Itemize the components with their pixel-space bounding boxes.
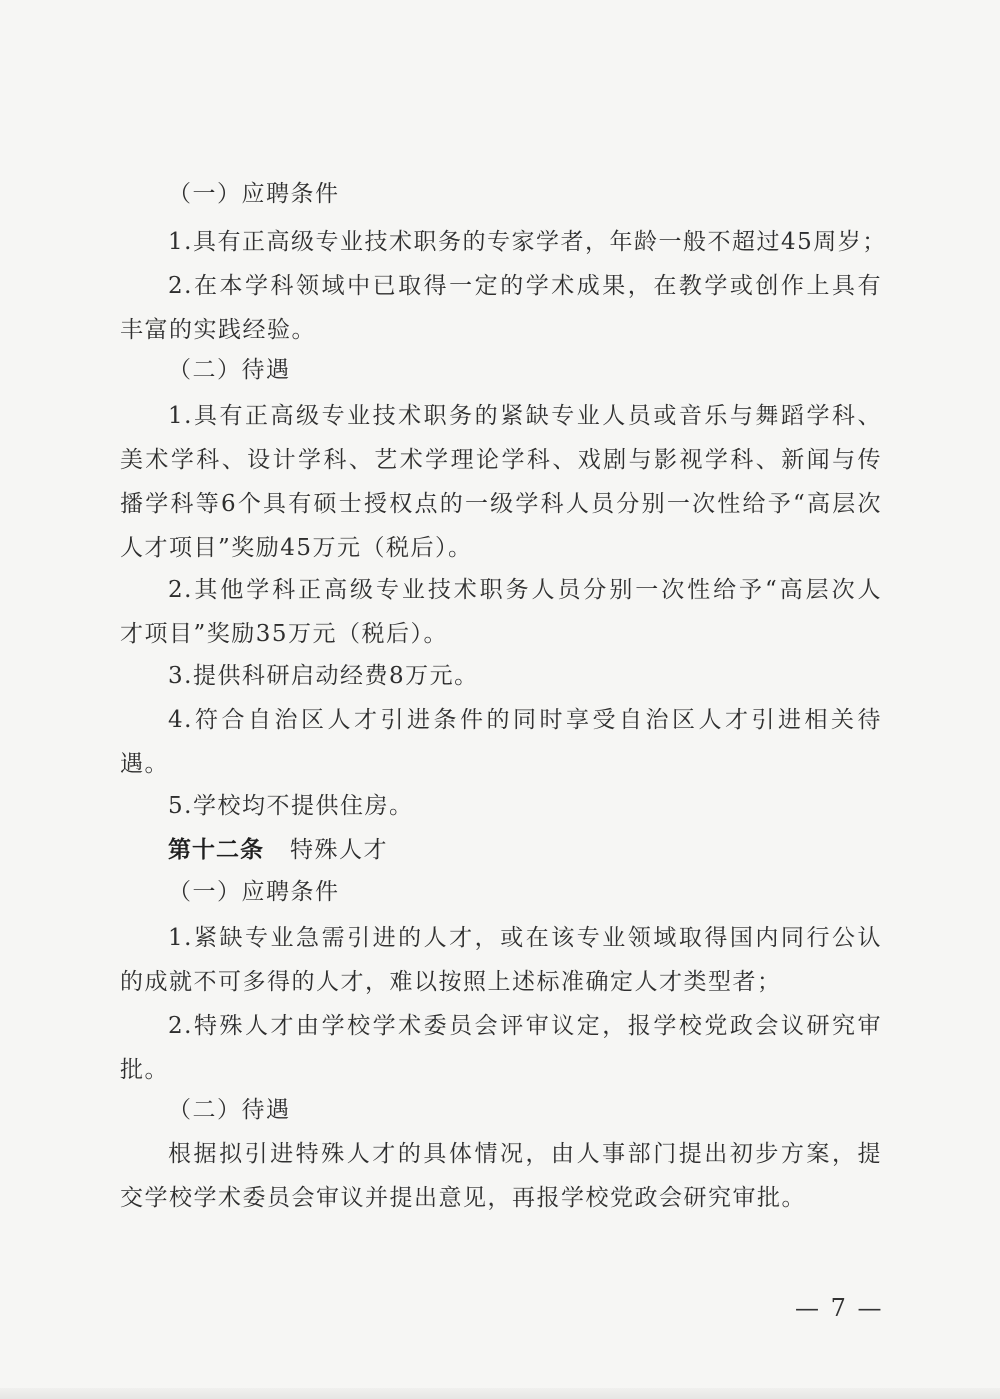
paragraph-benefit-2-line-2: 才项目”奖励35万元（税后）。	[120, 618, 882, 650]
paragraph-benefit-1-line-1: 1.具有正高级专业技术职务的紧缺专业人员或音乐与舞蹈学科、	[168, 400, 882, 432]
article-12-number: 第十二条	[168, 837, 264, 863]
paragraph-benefit-1-line-3: 播学科等6个具有硕士授权点的一级学科人员分别一次性给予“高层次	[120, 488, 882, 520]
paragraph-benefit-5: 5.学校均不提供住房。	[168, 790, 882, 822]
paragraph-benefit-4-line-1: 4.符合自治区人才引进条件的同时享受自治区人才引进相关待	[168, 704, 882, 736]
article-12-condition-1-line-1: 1.紧缺专业急需引进的人才，或在该专业领域取得国内同行公认	[168, 922, 882, 954]
paragraph-benefit-1-line-2: 美术学科、设计学科、艺术学理论学科、戏剧与影视学科、新闻与传	[120, 444, 882, 476]
article-12-condition-2-line-2: 批。	[120, 1054, 882, 1086]
article-12-heading-benefits: （二）待遇	[168, 1094, 930, 1126]
article-12-condition-1-line-2: 的成就不可多得的人才，难以按照上述标准确定人才类型者；	[120, 966, 882, 998]
paragraph-benefit-3: 3.提供科研启动经费8万元。	[168, 660, 882, 692]
section-heading-benefits: （二）待遇	[168, 354, 930, 386]
paragraph-condition-2-line-1: 2.在本学科领域中已取得一定的学术成果，在教学或创作上具有	[168, 270, 882, 302]
page-bottom-edge	[0, 1388, 1000, 1399]
article-12-heading: 第十二条特殊人才	[168, 834, 930, 866]
article-12-heading-conditions: （一）应聘条件	[168, 876, 930, 908]
paragraph-benefit-2-line-1: 2.其他学科正高级专业技术职务人员分别一次性给予“高层次人	[168, 574, 882, 606]
paragraph-condition-2-line-2: 丰富的实践经验。	[120, 314, 882, 346]
article-12-benefit-line-1: 根据拟引进特殊人才的具体情况，由人事部门提出初步方案，提	[168, 1138, 882, 1170]
document-page: （一）应聘条件 1.具有正高级专业技术职务的专家学者，年龄一般不超过45周岁； …	[0, 0, 1000, 1399]
page-number: — 7 —	[795, 1294, 884, 1322]
section-heading-conditions: （一）应聘条件	[168, 178, 930, 210]
paragraph-condition-1: 1.具有正高级专业技术职务的专家学者，年龄一般不超过45周岁；	[168, 226, 882, 258]
article-12-benefit-line-2: 交学校学术委员会审议并提出意见，再报学校党政会研究审批。	[120, 1182, 882, 1214]
paragraph-benefit-4-line-2: 遇。	[120, 748, 882, 780]
article-12-condition-2-line-1: 2.特殊人才由学校学术委员会评审议定，报学校党政会议研究审	[168, 1010, 882, 1042]
paragraph-benefit-1-line-4: 人才项目”奖励45万元（税后）。	[120, 532, 882, 564]
article-12-name: 特殊人才	[290, 837, 388, 863]
